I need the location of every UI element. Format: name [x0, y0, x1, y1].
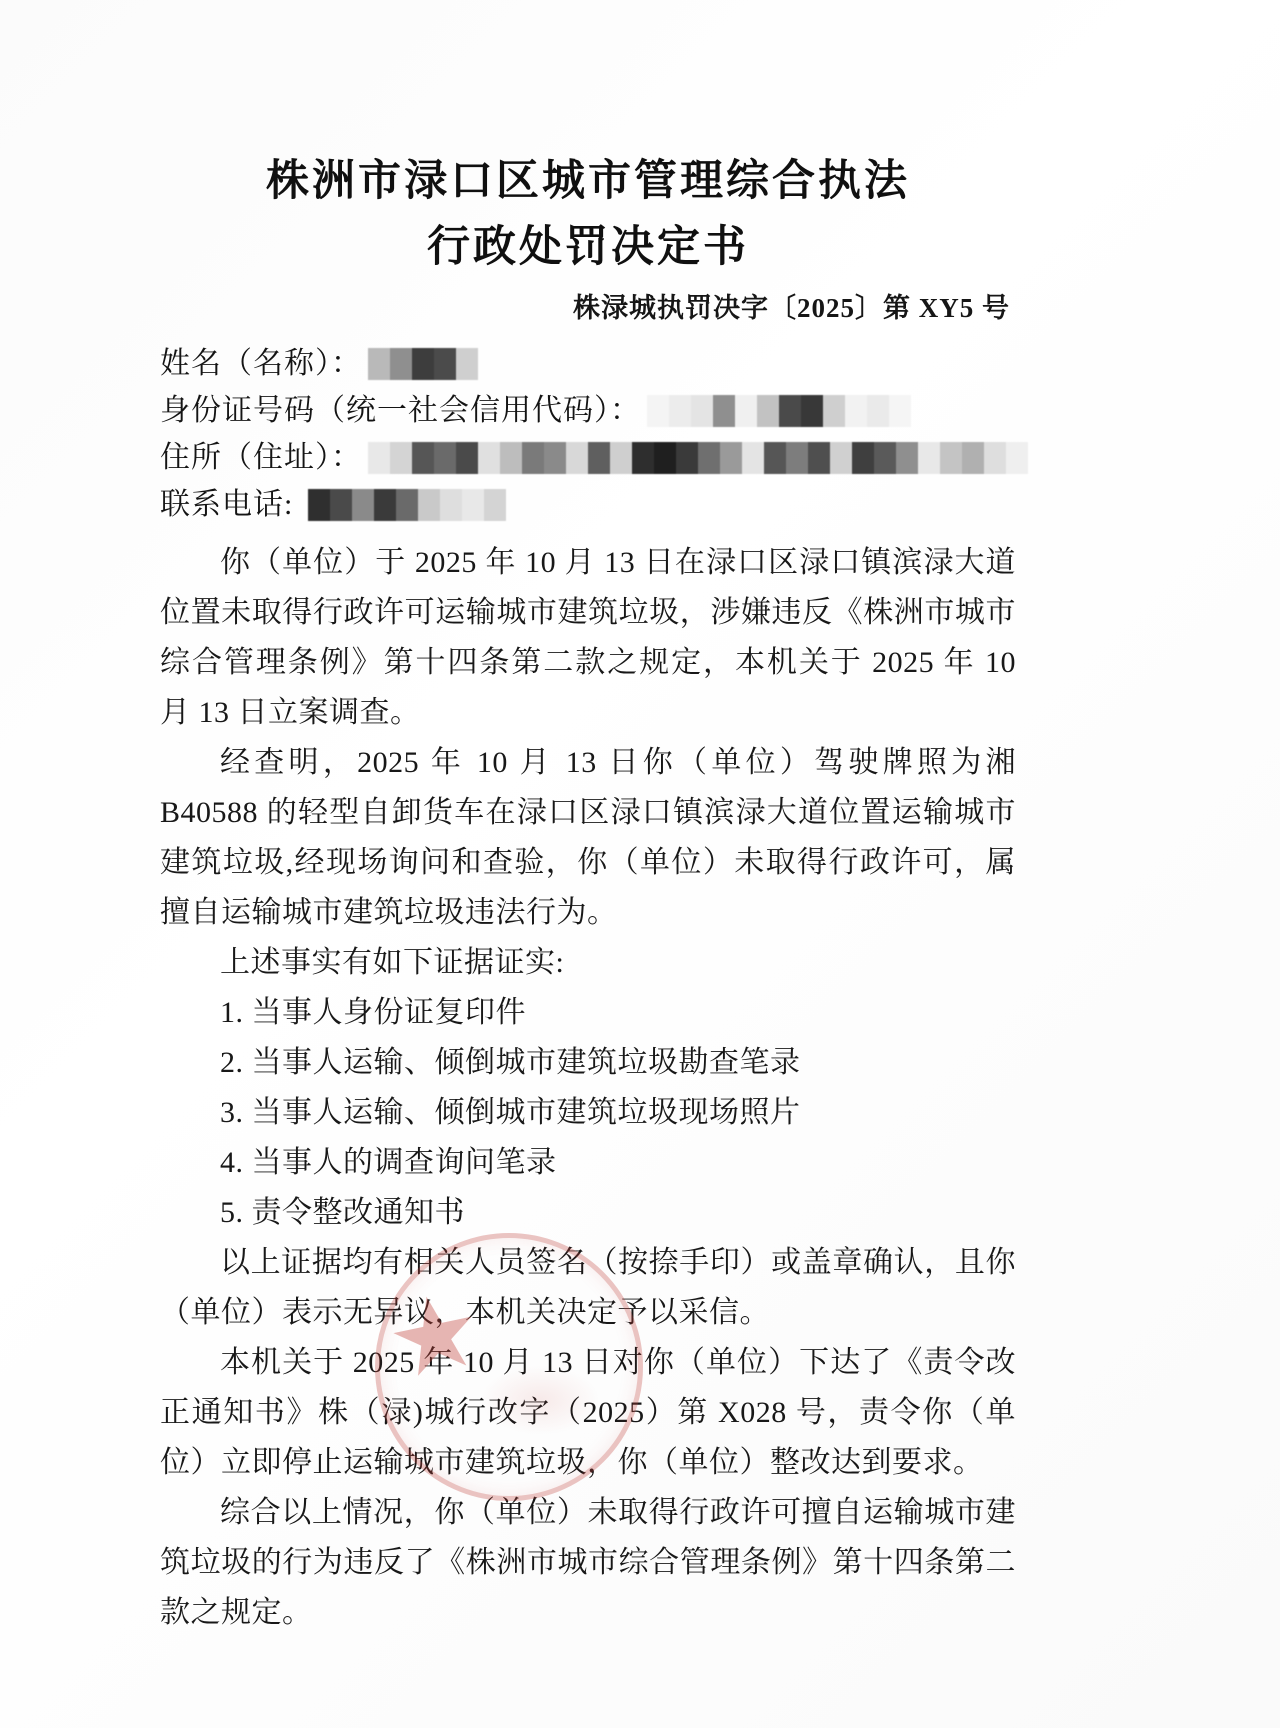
body-paragraph-correction-notice: 本机关于 2025 年 10 月 13 日对你（单位）下达了《责令改正通知书》株… — [160, 1338, 1016, 1488]
field-phone: 联系电话: — [160, 481, 1016, 528]
body-paragraph-evidence-confirmation: 以上证据均有相关人员签名（按捺手印）或盖章确认，且你（单位）表示无异议，本机关决… — [160, 1238, 1016, 1338]
evidence-item-2: 2. 当事人运输、倾倒城市建筑垃圾勘查笔录 — [160, 1038, 1016, 1088]
field-name-label: 姓名（名称）： — [160, 347, 362, 380]
field-address-label: 住所（住址）： — [160, 441, 362, 474]
evidence-intro: 上述事实有如下证据证实: — [160, 938, 1016, 988]
party-info-fields: 姓名（名称）： 身份证号码（统一社会信用代码）： 住所（住址）： 联系电话: — [160, 340, 1016, 528]
evidence-item-5: 5. 责令整改通知书 — [160, 1188, 1016, 1238]
redaction-mosaic-id-number — [647, 395, 911, 427]
body-paragraph-findings: 经查明，2025 年 10 月 13 日你（单位）驾驶牌照为湘 B40588 的… — [160, 738, 1016, 938]
field-phone-label: 联系电话: — [160, 488, 302, 521]
evidence-item-4: 4. 当事人的调查询问笔录 — [160, 1138, 1016, 1188]
evidence-item-3: 3. 当事人运输、倾倒城市建筑垃圾现场照片 — [160, 1088, 1016, 1138]
redaction-mosaic-address — [368, 442, 1028, 474]
document-title-line1: 株洲市渌口区城市管理综合执法 — [160, 148, 1016, 214]
body-paragraph-conclusion: 综合以上情况，你（单位）未取得行政许可擅自运输城市建筑垃圾的行为违反了《株洲市城… — [160, 1488, 1016, 1638]
redaction-mosaic-name — [368, 348, 478, 380]
document-title-line2: 行政处罚决定书 — [160, 214, 1016, 280]
field-id-number-label: 身份证号码（统一社会信用代码）： — [160, 394, 641, 427]
field-address: 住所（住址）： — [160, 434, 1016, 481]
document-content: 株洲市渌口区城市管理综合执法 行政处罚决定书 株渌城执罚决字〔2025〕第 XY… — [160, 148, 1016, 1638]
document-page: 株洲市渌口区城市管理综合执法 行政处罚决定书 株渌城执罚决字〔2025〕第 XY… — [0, 0, 1280, 1728]
field-name: 姓名（名称）： — [160, 340, 1016, 387]
document-body: 你（单位）于 2025 年 10 月 13 日在渌口区渌口镇滨渌大道位置未取得行… — [160, 538, 1016, 1638]
document-number: 株渌城执罚决字〔2025〕第 XY5 号 — [160, 290, 1016, 326]
redaction-mosaic-phone — [308, 489, 506, 521]
body-paragraph-violation: 你（单位）于 2025 年 10 月 13 日在渌口区渌口镇滨渌大道位置未取得行… — [160, 538, 1016, 738]
evidence-item-1: 1. 当事人身份证复印件 — [160, 988, 1016, 1038]
field-id-number: 身份证号码（统一社会信用代码）： — [160, 387, 1016, 434]
